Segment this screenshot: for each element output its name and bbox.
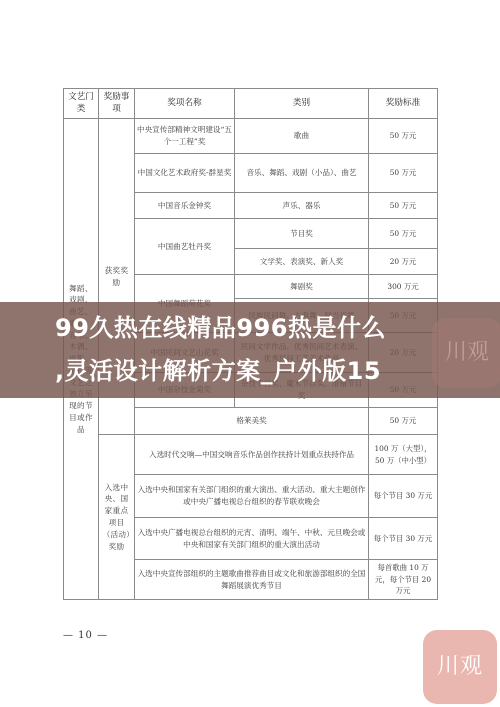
award-amount: 50 万元 — [369, 219, 438, 249]
selected-amount: 100 万（大型），50 万（中小型） — [369, 435, 438, 475]
header-standard: 奖励标准 — [369, 89, 438, 119]
header-type: 类别 — [235, 89, 369, 119]
award-type: 舞剧奖 — [235, 275, 369, 299]
award-name: 中国音乐金钟奖 — [135, 193, 235, 219]
award-amount: 50 万元 — [369, 119, 438, 154]
watermark-faded-logo-icon: 川观 — [432, 318, 500, 388]
group-selected-cell: 入选中央、国家重点项目（活动）奖励 — [99, 435, 135, 600]
table-row: 舞蹈、戏剧、曲艺、歌曲、音乐、木偶、皮影、杂技等文艺之独立呈现的节目或作品 获奖… — [64, 119, 438, 154]
award-name: 中央宣传部精神文明建设“五个一工程”奖 — [135, 119, 235, 154]
award-name: 格莱美奖 — [135, 408, 369, 435]
header-award-name: 奖项名称 — [135, 89, 235, 119]
award-name: 中国文化艺术政府奖-群星奖 — [135, 154, 235, 193]
selected-item: 入选时代交响—中国交响音乐作品创作扶持计划重点扶持作品 — [135, 435, 369, 475]
award-amount: 50 万元 — [369, 193, 438, 219]
document-page: 文艺门类 奖励事项 奖项名称 类别 奖励标准 舞蹈、戏剧、曲艺、歌曲、音乐、木偶… — [0, 0, 500, 707]
selected-amount: 每个节目 30 万元 — [369, 475, 438, 518]
chuanguan-logo-icon: 川观 — [423, 630, 497, 704]
selected-item: 入选中央和国家有关部门组织的重大演出、重大活动、重大主题创作或中央广播电视总台组… — [135, 475, 369, 518]
award-amount: 20 万元 — [369, 249, 438, 275]
award-type: 声乐、器乐 — [235, 193, 369, 219]
award-amount: 50 万元 — [369, 408, 438, 435]
selected-amount: 每首歌曲 10 万元，每个节目 20 万元 — [369, 560, 438, 600]
selected-amount: 每个节目 30 万元 — [369, 518, 438, 560]
award-type: 音乐、舞蹈、戏剧（小品）、曲艺 — [235, 154, 369, 193]
page-number: — 10 — — [63, 630, 108, 641]
table-header-row: 文艺门类 奖励事项 奖项名称 类别 奖励标准 — [64, 89, 438, 119]
award-name: 中国曲艺牡丹奖 — [135, 219, 235, 275]
selected-item: 入选中央宣传部组织的主题歌曲推荐曲目或文化和旅游部组织的全国舞蹈展演优秀节目 — [135, 560, 369, 600]
table-row: 入选中央、国家重点项目（活动）奖励 入选时代交响—中国交响音乐作品创作扶持计划重… — [64, 435, 438, 475]
award-amount: 50 万元 — [369, 154, 438, 193]
header-award-item: 奖励事项 — [99, 89, 135, 119]
award-type: 文学奖、表演奖、新人奖 — [235, 249, 369, 275]
award-amount: 300 万元 — [369, 275, 438, 299]
selected-item: 入选中央广播电视总台组织的元宵、清明、端午、中秋、元旦晚会或中央和国家有关部门组… — [135, 518, 369, 560]
award-type: 歌曲 — [235, 119, 369, 154]
header-category: 文艺门类 — [64, 89, 99, 119]
award-type: 节目奖 — [235, 219, 369, 249]
